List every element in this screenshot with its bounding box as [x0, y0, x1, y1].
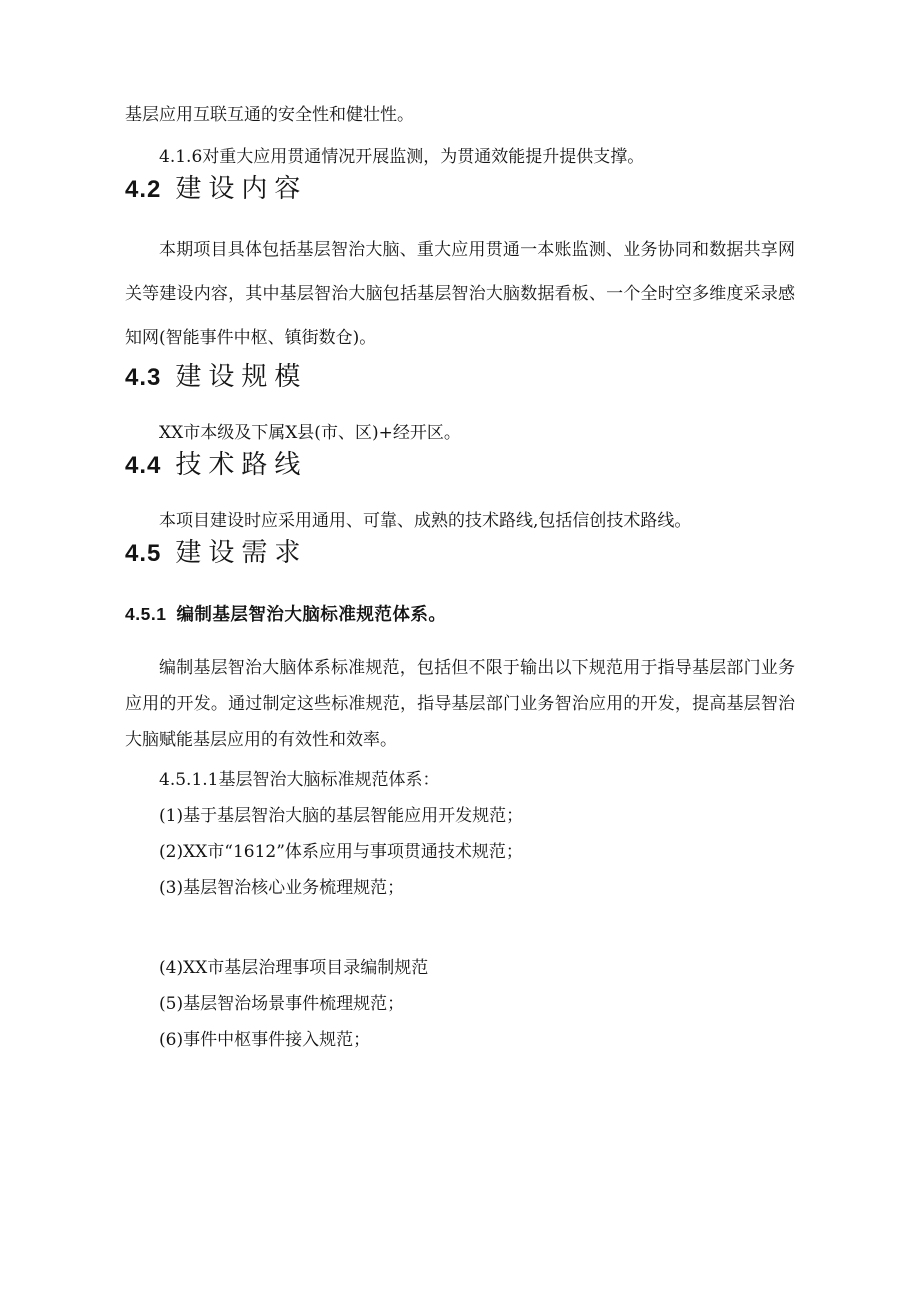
heading-4-3: 4.3 建设规模: [125, 360, 795, 394]
heading-4-5: 4.5 建设需求: [125, 536, 795, 570]
spec-list-continued: (4)XX市基层治理事项目录编制规范 (5)基层智治场景事件梳理规范； (6)事…: [125, 950, 795, 1058]
paragraph-4-4-body: 本项目建设时应采用通用、可靠、成熟的技术路线,包括信创技术路线。: [125, 506, 795, 536]
paragraph-4-1-6: 4.1.6对重大应用贯通情况开展监测，为贯通效能提升提供支撑。: [125, 142, 795, 172]
spec-list-item-1: (1)基于基层智治大脑的基层智能应用开发规范；: [125, 798, 795, 834]
heading-4-5-number: 4.5: [125, 540, 161, 568]
heading-4-2: 4.2 建设内容: [125, 172, 795, 206]
heading-4-5-title: 建设需求: [175, 536, 307, 570]
heading-4-2-number: 4.2: [125, 176, 161, 204]
heading-4-5-1-title: 编制基层智治大脑标准规范体系。: [176, 600, 446, 628]
paragraph-4-5-1-1: 4.5.1.1基层智治大脑标准规范体系：: [125, 762, 795, 798]
spec-list-item-2: (2)XX市“1612”体系应用与事项贯通技术规范；: [125, 834, 795, 870]
heading-4-2-title: 建设内容: [175, 172, 307, 206]
spec-list-item-3: (3)基层智治核心业务梳理规范；: [125, 870, 795, 906]
spec-list-item-6: (6)事件中枢事件接入规范；: [125, 1022, 795, 1058]
paragraph-top-tail: 基层应用互联互通的安全性和健壮性。: [125, 100, 795, 130]
heading-4-3-number: 4.3: [125, 364, 161, 392]
heading-4-4-number: 4.4: [125, 452, 161, 480]
spec-list-item-4: (4)XX市基层治理事项目录编制规范: [125, 950, 795, 986]
heading-4-5-1-number: 4.5.1: [125, 600, 166, 628]
heading-4-5-1: 4.5.1 编制基层智治大脑标准规范体系。: [125, 600, 795, 628]
paragraph-4-3-body: XX市本级及下属X县(市、区)+经开区。: [125, 418, 795, 448]
spec-list: (1)基于基层智治大脑的基层智能应用开发规范； (2)XX市“1612”体系应用…: [125, 798, 795, 906]
document-page: 基层应用互联互通的安全性和健壮性。 4.1.6对重大应用贯通情况开展监测，为贯通…: [0, 0, 920, 1301]
blank-line-gap: [125, 906, 795, 950]
heading-4-3-title: 建设规模: [175, 360, 307, 394]
paragraph-4-5-1-body: 编制基层智治大脑体系标准规范，包括但不限于输出以下规范用于指导基层部门业务应用的…: [125, 650, 795, 758]
spec-list-item-5: (5)基层智治场景事件梳理规范；: [125, 986, 795, 1022]
heading-4-4: 4.4 技术路线: [125, 448, 795, 482]
paragraph-4-2-body: 本期项目具体包括基层智治大脑、重大应用贯通一本账监测、业务协同和数据共享网关等建…: [125, 228, 795, 360]
heading-4-4-title: 技术路线: [175, 448, 307, 482]
